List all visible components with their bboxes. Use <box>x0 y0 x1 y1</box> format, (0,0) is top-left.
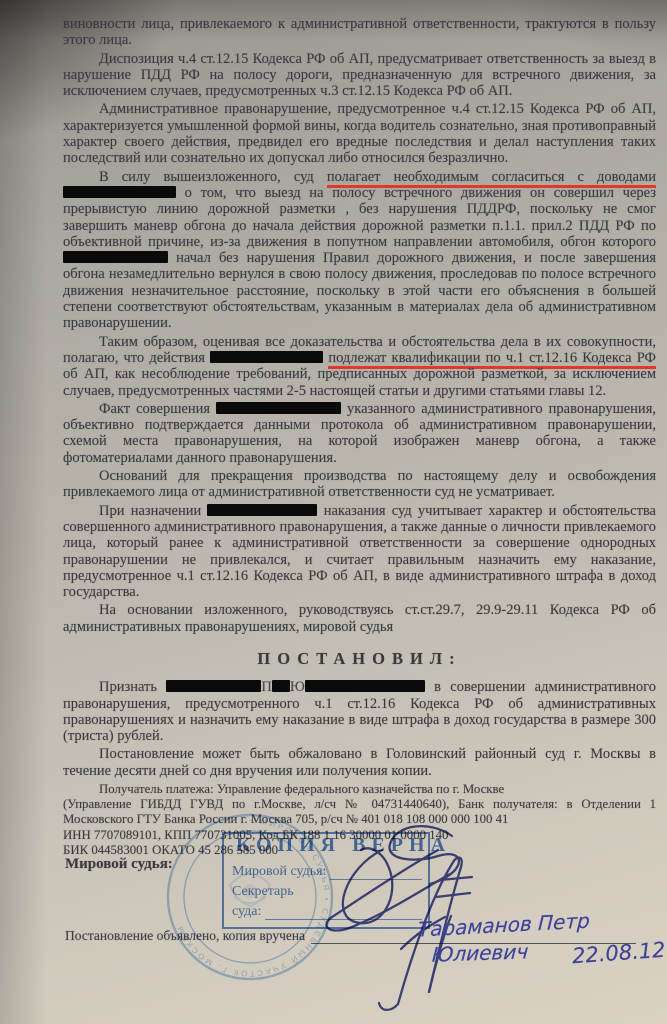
payment-line: Получатель платежа: Управление федеральн… <box>63 782 656 797</box>
document-paragraph: Таким образом, оценивая все доказательст… <box>63 334 656 399</box>
document-paragraph: На основании изложенного, руководствуясь… <box>63 602 656 635</box>
document-paragraph: Диспозиция ч.4 ст.12.15 Кодекса РФ об АП… <box>63 51 656 100</box>
stamp-judge-label: Мировой судья: <box>232 864 326 880</box>
partially-redacted-letter: П <box>261 679 271 695</box>
redaction-bar <box>207 504 317 516</box>
document-paragraph: Признать ПЮ в совершении административно… <box>63 679 656 744</box>
stamp-secretary-line <box>265 907 422 920</box>
document-body: виновности лица, привлекаемого к админис… <box>63 16 656 635</box>
redaction-bar <box>63 186 176 198</box>
payment-line: (Управление ГИБДД ГУВД по г.Москве, л/сч… <box>63 797 656 812</box>
redaction-bar <box>272 680 290 692</box>
redaction-bar <box>305 680 425 692</box>
copy-verna-stamp: КОПИЯ ВЕРНА Мировой судья: Секретарь суд… <box>222 832 430 929</box>
document-paragraph: Административное правонарушение, предусм… <box>63 101 656 166</box>
stamp-copy-mark: КОПИЯ ВЕРНА <box>236 834 451 857</box>
redaction-bar <box>166 680 261 692</box>
payment-line: Московского ГТУ Банка России г. Москва 7… <box>63 812 656 827</box>
document-paragraph: При назначении наказания суд учитывает х… <box>63 503 656 601</box>
redaction-bar <box>210 351 323 363</box>
redaction-bar <box>63 251 168 263</box>
stamp-secretary-label: Секретарь <box>232 884 294 900</box>
document-paragraph: В силу вышеизложенного, суд полагает нео… <box>63 169 656 332</box>
judge-signature-label: Мировой судья: <box>65 856 173 873</box>
document-paragraph: Факт совершения указанного административ… <box>63 401 656 466</box>
red-underlined-text: полагает необходимым согласиться с довод… <box>327 169 656 188</box>
resolution-body: Признать ПЮ в совершении административно… <box>63 679 656 779</box>
partially-redacted-letter: Ю <box>290 679 305 695</box>
handwritten-name-line2: Юлиевич <box>431 939 529 966</box>
document-paragraph: виновности лица, привлекаемого к админис… <box>63 16 656 49</box>
red-underlined-text: подлежат квалификации по ч.1 ст.12.16 Ко… <box>328 350 656 369</box>
document-paragraph: Оснований для прекращения производства п… <box>63 468 656 501</box>
stamp-secretary-label2: суда: <box>232 904 261 920</box>
stamp-judge-line <box>330 867 422 880</box>
redaction-bar <box>216 402 341 414</box>
resolution-heading: ПОСТАНОВИЛ: <box>63 651 656 667</box>
document-paragraph: Постановление может быть обжаловано в Го… <box>63 746 656 779</box>
document-page: виновности лица, привлекаемого к админис… <box>63 16 656 858</box>
